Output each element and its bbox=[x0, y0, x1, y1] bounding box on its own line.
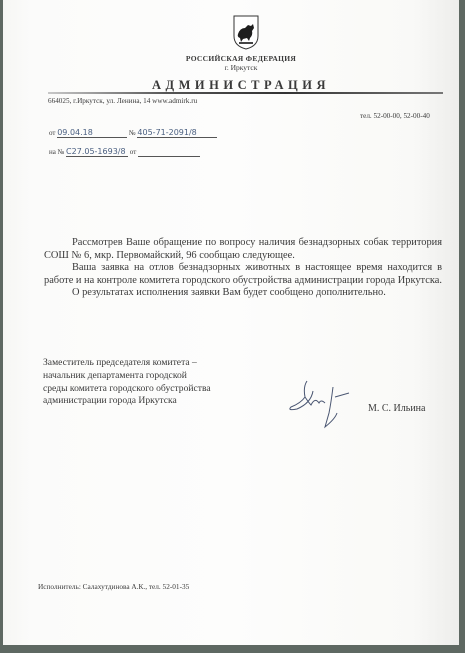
incoming-reference: на № С27.05-1693/8 от bbox=[49, 147, 200, 157]
letter-body: Рассмотрев Ваше обращение по вопросу нал… bbox=[44, 237, 442, 300]
title-line: Заместитель председателя комитета – bbox=[43, 357, 211, 370]
handwritten-signature-icon bbox=[285, 373, 375, 433]
in-reply-label: на № bbox=[49, 148, 64, 156]
phone: тел. 52-00-00, 52-00-40 bbox=[360, 112, 430, 120]
coat-of-arms-icon bbox=[232, 14, 260, 50]
executor-info: Исполнитель: Салахутдинова А.К., тел. 52… bbox=[38, 582, 189, 591]
in-reply-date-blank bbox=[138, 148, 200, 157]
letter-page: РОССИЙСКАЯ ФЕДЕРАЦИЯ г. Иркутск АДМИНИСТ… bbox=[3, 0, 459, 645]
title-line: администрации города Иркутска bbox=[43, 395, 211, 408]
federation-title: РОССИЙСКАЯ ФЕДЕРАЦИЯ bbox=[3, 54, 459, 63]
title-line: начальник департамента городской bbox=[43, 370, 211, 383]
address: 664025, г.Иркутск, ул. Ленина, 14 www.ad… bbox=[48, 97, 197, 105]
in-reply-value: С27.05-1693/8 bbox=[66, 147, 128, 157]
body-paragraph: Ваша заявка на отлов безнадзорных животн… bbox=[44, 262, 442, 287]
date-label: от bbox=[49, 129, 55, 137]
number-value: 405-71-2091/8 bbox=[137, 128, 217, 138]
header-divider bbox=[48, 92, 443, 94]
body-paragraph: Рассмотрев Ваше обращение по вопросу нал… bbox=[44, 237, 442, 262]
date-value: 09.04.18 bbox=[57, 128, 127, 138]
outgoing-reference: от 09.04.18 № 405-71-2091/8 bbox=[49, 128, 217, 138]
in-reply-date-label: от bbox=[130, 148, 136, 156]
body-paragraph: О результатах исполнения заявки Вам буде… bbox=[44, 287, 442, 300]
number-label: № bbox=[129, 129, 136, 137]
signatory-name: М. С. Ильина bbox=[368, 403, 425, 414]
city-name: г. Иркутск bbox=[3, 63, 459, 72]
signatory-title: Заместитель председателя комитета – нача… bbox=[43, 357, 211, 408]
organization-title: АДМИНИСТРАЦИЯ bbox=[3, 78, 459, 93]
title-line: среды комитета городского обустройства bbox=[43, 383, 211, 396]
